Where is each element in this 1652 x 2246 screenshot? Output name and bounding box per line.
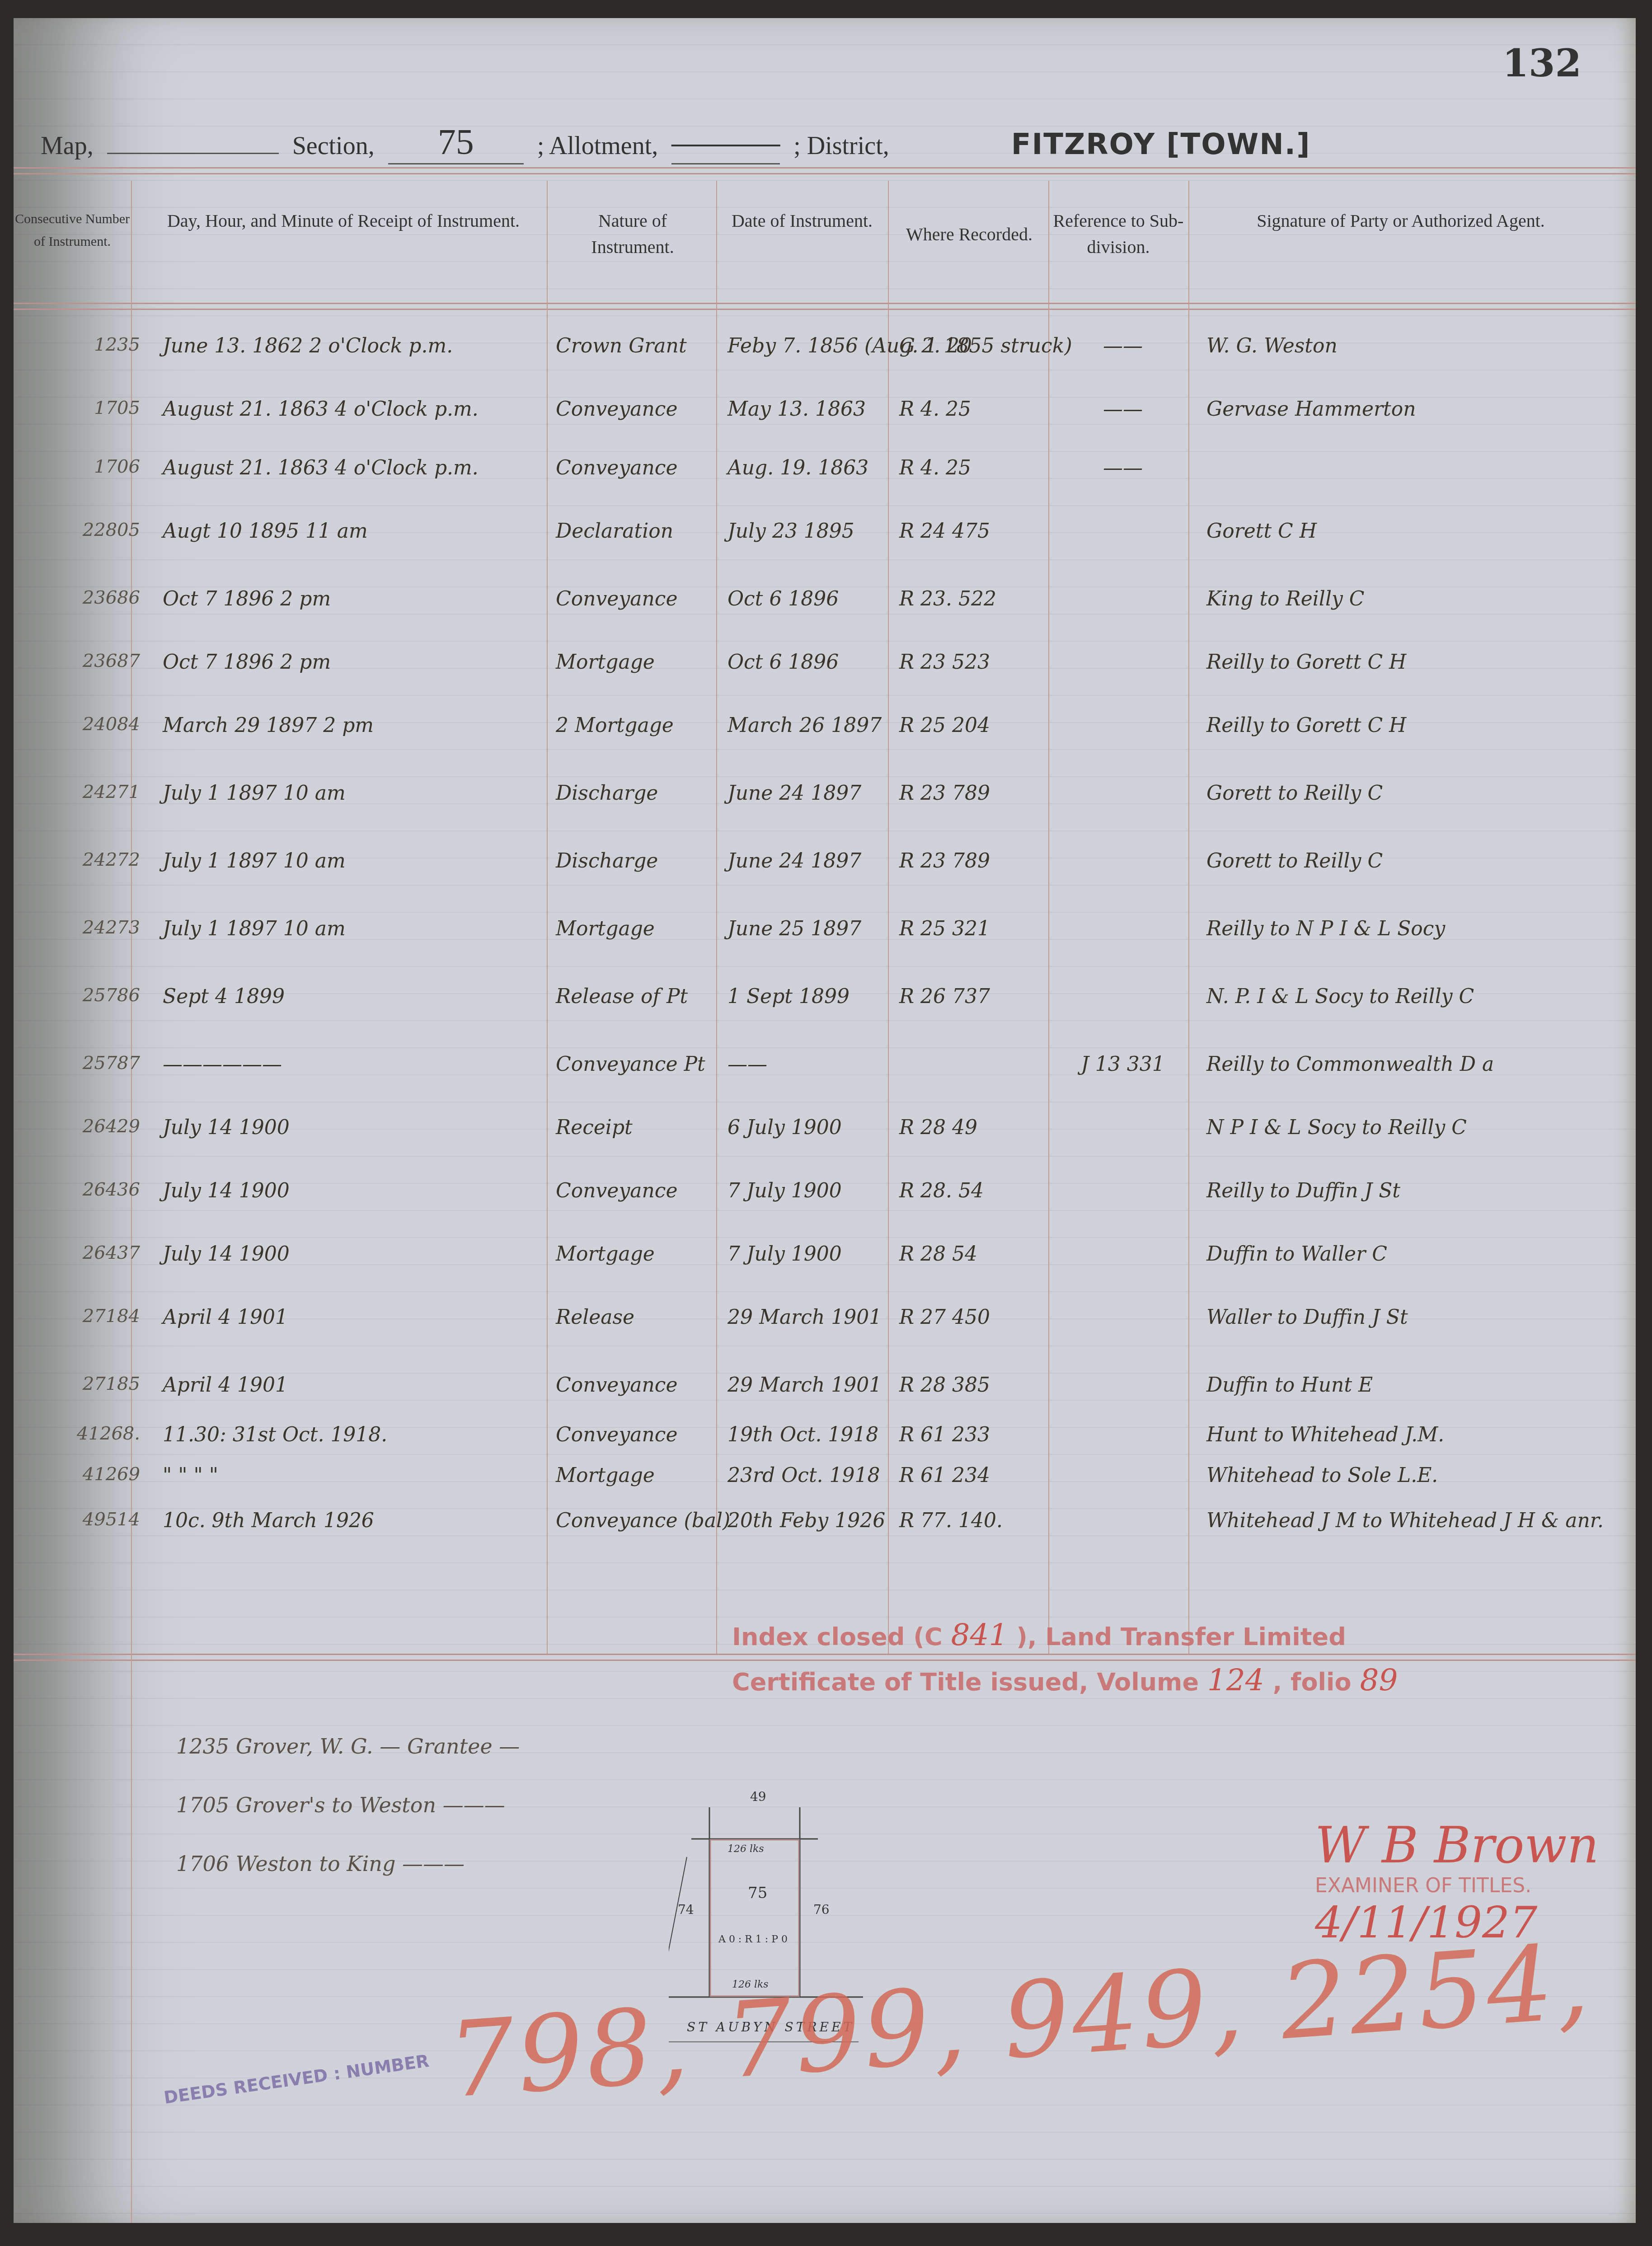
column-header-number: Consecutive Number of Instrument. xyxy=(14,208,131,253)
section-label: Section, xyxy=(292,131,375,160)
where-recorded: R 61 233 xyxy=(899,1423,1062,1446)
header-line: Map, Section, 75 ; Allotment, ——— ; Dist… xyxy=(41,122,1310,164)
instrument-date: Oct 6 1896 xyxy=(727,651,890,674)
party-signature: King to Reilly C xyxy=(1206,587,1613,610)
folio-number: 89 xyxy=(1360,1663,1398,1697)
instrument-number: 25786 xyxy=(32,985,140,1006)
subdivision-reference: —— xyxy=(1066,456,1179,479)
area-label: A 0 : R 1 : P 0 xyxy=(718,1934,788,1945)
instrument-date: June 24 1897 xyxy=(727,782,890,805)
instrument-nature: Release of Pt xyxy=(556,985,718,1008)
section-value: 75 xyxy=(388,122,524,164)
stamp-text: , folio xyxy=(1273,1668,1352,1696)
grant-notes: 1235 Grover, W. G. — Grantee — 1705 Grov… xyxy=(176,1717,520,1893)
subdivision-reference: —— xyxy=(1066,398,1179,421)
party-signature: Gorett C H xyxy=(1206,520,1613,543)
receipt-time: Augt 10 1895 11 am xyxy=(163,520,560,543)
column-header-where: Where Recorded. xyxy=(897,221,1042,248)
table-row: 1235June 13. 1862 2 o'Clock p.m.Crown Gr… xyxy=(14,334,1636,389)
instrument-date: 29 March 1901 xyxy=(727,1306,890,1329)
party-signature: N P I & L Socy to Reilly C xyxy=(1206,1116,1613,1139)
where-recorded: R 23 789 xyxy=(899,849,1062,872)
instrument-number: 49514 xyxy=(32,1509,140,1530)
receipt-time: June 13. 1862 2 o'Clock p.m. xyxy=(163,334,560,357)
party-signature: Gorett to Reilly C xyxy=(1206,782,1613,805)
stamp-text: Index closed (C xyxy=(732,1622,943,1651)
district-value: FITZROY [TOWN.] xyxy=(1011,128,1311,161)
instrument-date: June 25 1897 xyxy=(727,917,890,940)
receipt-time: " " " " xyxy=(163,1464,560,1487)
stamp-text: Certificate of Title issued, Volume xyxy=(732,1668,1199,1696)
instrument-number: 23686 xyxy=(32,587,140,608)
instrument-nature: Mortgage xyxy=(556,651,718,674)
district-label: ; District, xyxy=(793,131,889,160)
instrument-date: March 26 1897 xyxy=(727,714,890,737)
table-row: 26437July 14 1900Mortgage7 July 1900R 28… xyxy=(14,1243,1636,1297)
where-recorded: R 77. 140. xyxy=(899,1509,1062,1532)
instrument-number: 41268. xyxy=(32,1423,140,1444)
where-recorded: R 23 789 xyxy=(899,782,1062,805)
allotment-label: ; Allotment, xyxy=(537,131,658,160)
table-row: 24273July 1 1897 10 amMortgageJune 25 18… xyxy=(14,917,1636,971)
index-closed-stamp: Index closed (C 841 ), Land Transfer Lim… xyxy=(732,1618,1346,1652)
instrument-number: 24273 xyxy=(32,917,140,938)
instrument-number: 26429 xyxy=(32,1116,140,1137)
receipt-time: August 21. 1863 4 o'Clock p.m. xyxy=(163,398,560,421)
instrument-date: Oct 6 1896 xyxy=(727,587,890,610)
instrument-date: 7 July 1900 xyxy=(727,1179,890,1202)
index-number: 841 xyxy=(951,1618,1008,1652)
instrument-nature: Mortgage xyxy=(556,1464,718,1487)
instrument-date: 1 Sept 1899 xyxy=(727,985,890,1008)
instrument-date: 6 July 1900 xyxy=(727,1116,890,1139)
party-signature: Whitehead to Sole L.E. xyxy=(1206,1464,1613,1487)
column-header-rule xyxy=(14,303,1636,310)
instrument-date: June 24 1897 xyxy=(727,849,890,872)
column-header-receipt: Day, Hour, and Minute of Receipt of Inst… xyxy=(149,208,538,234)
where-recorded: R 23 523 xyxy=(899,651,1062,674)
instrument-number: 25787 xyxy=(32,1053,140,1074)
party-signature: Reilly to Gorett C H xyxy=(1206,651,1613,674)
receipt-time: July 1 1897 10 am xyxy=(163,782,560,805)
where-recorded: R 27 450 xyxy=(899,1306,1062,1329)
instrument-number: 1706 xyxy=(32,456,140,477)
examiner-label: EXAMINER OF TITLES. xyxy=(1315,1874,1599,1897)
where-recorded: R 28. 54 xyxy=(899,1179,1062,1202)
instrument-number: 23687 xyxy=(32,651,140,671)
note-line: 1705 Grover's to Weston ——— xyxy=(176,1776,520,1834)
receipt-time: —————— xyxy=(163,1053,560,1076)
receipt-time: July 1 1897 10 am xyxy=(163,849,560,872)
column-header-reference: Reference to Sub-division. xyxy=(1053,208,1184,260)
receipt-time: April 4 1901 xyxy=(163,1306,560,1329)
receipt-time: August 21. 1863 4 o'Clock p.m. xyxy=(163,456,560,479)
table-row: 25787——————Conveyance Pt——J 13 331Reilly… xyxy=(14,1053,1636,1107)
instrument-number: 27184 xyxy=(32,1306,140,1327)
receipt-time: March 29 1897 2 pm xyxy=(163,714,560,737)
party-signature: Gorett to Reilly C xyxy=(1206,849,1613,872)
instrument-number: 24272 xyxy=(32,849,140,870)
receipt-time: 11.30: 31st Oct. 1918. xyxy=(163,1423,560,1446)
note-line: 1706 Weston to King ——— xyxy=(176,1834,520,1893)
instrument-nature: Mortgage xyxy=(556,917,718,940)
instrument-number: 22805 xyxy=(32,520,140,540)
instrument-date: 20th Feby 1926 xyxy=(727,1509,890,1532)
lot-label: 75 xyxy=(748,1884,767,1902)
receipt-time: Sept 4 1899 xyxy=(163,985,560,1008)
instrument-nature: Conveyance xyxy=(556,398,718,421)
red-reference-numbers: 798, 799, 949, 2254, xyxy=(445,1921,1596,2121)
column-header-date: Date of Instrument. xyxy=(725,208,879,234)
party-signature: Whitehead J M to Whitehead J H & anr. xyxy=(1206,1509,1613,1532)
instrument-date: July 23 1895 xyxy=(727,520,890,543)
table-row: 1706August 21. 1863 4 o'Clock p.m.Convey… xyxy=(14,456,1636,511)
instrument-date: May 13. 1863 xyxy=(727,398,890,421)
instrument-nature: Mortgage xyxy=(556,1243,718,1266)
instrument-nature: Crown Grant xyxy=(556,334,718,357)
instrument-number: 1235 xyxy=(32,334,140,355)
where-recorded: G 2. 20 xyxy=(899,334,1062,357)
receipt-time: July 14 1900 xyxy=(163,1116,560,1139)
instrument-number: 24084 xyxy=(32,714,140,735)
instrument-number: 1705 xyxy=(32,398,140,418)
party-signature: Reilly to N P I & L Socy xyxy=(1206,917,1613,940)
instrument-number: 41269 xyxy=(32,1464,140,1485)
party-signature: Reilly to Commonwealth D a xyxy=(1206,1053,1613,1076)
table-row: 4951410c. 9th March 1926Conveyance (bal)… xyxy=(14,1509,1636,1563)
instrument-nature: Conveyance xyxy=(556,1179,718,1202)
where-recorded: R 28 385 xyxy=(899,1374,1062,1397)
instrument-nature: Conveyance xyxy=(556,1374,718,1397)
instrument-date: 23rd Oct. 1918 xyxy=(727,1464,890,1487)
subdivision-reference: —— xyxy=(1066,334,1179,357)
instrument-nature: Conveyance xyxy=(556,587,718,610)
table-row: 22805Augt 10 1895 11 amDeclarationJuly 2… xyxy=(14,520,1636,574)
certificate-stamp: Certificate of Title issued, Volume 124 … xyxy=(732,1663,1398,1697)
where-recorded: R 28 49 xyxy=(899,1116,1062,1139)
party-signature: Waller to Duffin J St xyxy=(1206,1306,1613,1329)
examiner-signature: W B Brown xyxy=(1315,1816,1599,1874)
instrument-date: Feby 7. 1856 (Aug. 1 1855 struck) xyxy=(727,334,890,357)
party-signature: Hunt to Whitehead J.M. xyxy=(1206,1423,1613,1446)
table-row: 26436July 14 1900Conveyance7 July 1900R … xyxy=(14,1179,1636,1233)
header-rule xyxy=(14,167,1636,174)
party-signature: W. G. Weston xyxy=(1206,334,1613,357)
where-recorded: R 25 321 xyxy=(899,917,1062,940)
stamp-text: ), Land Transfer Limited xyxy=(1016,1622,1346,1651)
deeds-received-stamp: DEEDS RECEIVED : NUMBER xyxy=(163,2051,430,2108)
party-signature: Reilly to Gorett C H xyxy=(1206,714,1613,737)
table-row: 27184April 4 1901Release29 March 1901R 2… xyxy=(14,1306,1636,1360)
map-value xyxy=(107,153,279,154)
instrument-date: 7 July 1900 xyxy=(727,1243,890,1266)
table-row: 24271July 1 1897 10 amDischargeJune 24 1… xyxy=(14,782,1636,836)
instrument-date: —— xyxy=(727,1053,890,1076)
east-lot-label: 76 xyxy=(813,1902,830,1917)
where-recorded: R 28 54 xyxy=(899,1243,1062,1266)
table-row: 23687Oct 7 1896 2 pmMortgageOct 6 1896R … xyxy=(14,651,1636,705)
instrument-nature: Declaration xyxy=(556,520,718,543)
allotment-value: ——— xyxy=(671,122,780,164)
instrument-number: 26436 xyxy=(32,1179,140,1200)
where-recorded: R 25 204 xyxy=(899,714,1062,737)
party-signature: N. P. I & L Socy to Reilly C xyxy=(1206,985,1613,1008)
column-header-nature: Nature of Instrument. xyxy=(556,208,709,260)
receipt-time: Oct 7 1896 2 pm xyxy=(163,651,560,674)
instrument-number: 26437 xyxy=(32,1243,140,1263)
table-row: 27185April 4 1901Conveyance29 March 1901… xyxy=(14,1374,1636,1428)
party-signature: Duffin to Waller C xyxy=(1206,1243,1613,1266)
receipt-time: April 4 1901 xyxy=(163,1374,560,1397)
note-line: 1235 Grover, W. G. — Grantee — xyxy=(176,1717,520,1776)
instrument-nature: Discharge xyxy=(556,782,718,805)
receipt-time: July 14 1900 xyxy=(163,1243,560,1266)
instrument-nature: Conveyance xyxy=(556,456,718,479)
subdivision-reference: J 13 331 xyxy=(1066,1053,1179,1076)
volume-number: 124 xyxy=(1207,1663,1264,1697)
map-label: Map, xyxy=(41,131,94,160)
where-recorded: R 4. 25 xyxy=(899,456,1062,479)
party-signature: Reilly to Duffin J St xyxy=(1206,1179,1613,1202)
instrument-nature: Discharge xyxy=(556,849,718,872)
instrument-date: 29 March 1901 xyxy=(727,1374,890,1397)
register-page: 132 Map, Section, 75 ; Allotment, ——— ; … xyxy=(14,18,1636,2223)
receipt-time: 10c. 9th March 1926 xyxy=(163,1509,560,1532)
table-row: 25786Sept 4 1899Release of Pt1 Sept 1899… xyxy=(14,985,1636,1039)
west-lot-label: 74 xyxy=(678,1902,694,1917)
instrument-nature: Conveyance (bal) xyxy=(556,1509,718,1532)
instrument-nature: Conveyance Pt xyxy=(556,1053,718,1076)
party-signature: Gervase Hammerton xyxy=(1206,398,1613,421)
table-row: 24084March 29 1897 2 pm2 MortgageMarch 2… xyxy=(14,714,1636,768)
table-row: 1705August 21. 1863 4 o'Clock p.m.Convey… xyxy=(14,398,1636,452)
table-row: 26429July 14 1900Receipt6 July 1900R 28 … xyxy=(14,1116,1636,1170)
page-number: 132 xyxy=(1502,41,1582,85)
receipt-time: July 14 1900 xyxy=(163,1179,560,1202)
instrument-date: 19th Oct. 1918 xyxy=(727,1423,890,1446)
instrument-nature: Conveyance xyxy=(556,1423,718,1446)
where-recorded: R 26 737 xyxy=(899,985,1062,1008)
instrument-nature: Receipt xyxy=(556,1116,718,1139)
instrument-nature: Release xyxy=(556,1306,718,1329)
instrument-nature: 2 Mortgage xyxy=(556,714,718,737)
party-signature: Duffin to Hunt E xyxy=(1206,1374,1613,1397)
north-lot-label: 49 xyxy=(750,1789,766,1804)
table-row: 23686Oct 7 1896 2 pmConveyanceOct 6 1896… xyxy=(14,587,1636,642)
top-dimension: 126 lks xyxy=(727,1843,764,1855)
where-recorded: R 24 475 xyxy=(899,520,1062,543)
instrument-number: 27185 xyxy=(32,1374,140,1394)
receipt-time: Oct 7 1896 2 pm xyxy=(163,587,560,610)
table-bottom-rule xyxy=(14,1654,1636,1661)
table-row: 24272July 1 1897 10 amDischargeJune 24 1… xyxy=(14,849,1636,904)
where-recorded: R 4. 25 xyxy=(899,398,1062,421)
receipt-time: July 1 1897 10 am xyxy=(163,917,560,940)
instrument-date: Aug. 19. 1863 xyxy=(727,456,890,479)
where-recorded: R 61 234 xyxy=(899,1464,1062,1487)
where-recorded: R 23. 522 xyxy=(899,587,1062,610)
column-header-signature: Signature of Party or Authorized Agent. xyxy=(1197,208,1604,234)
instrument-number: 24271 xyxy=(32,782,140,802)
